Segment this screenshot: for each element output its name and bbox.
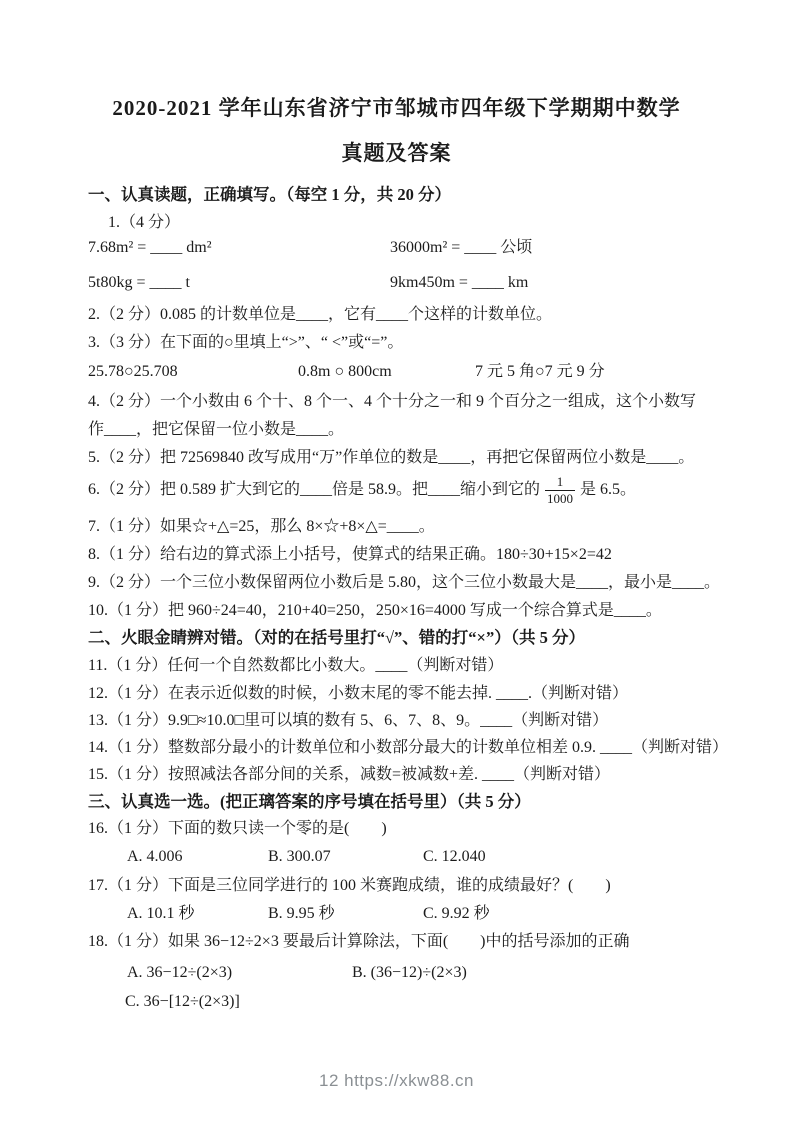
q3-compare-1: 25.78○25.708: [88, 361, 178, 383]
question-4-line1: 4.（2 分）一个小数由 6 个十、8 个一、4 个十分之一和 9 个百分之一组…: [88, 391, 728, 413]
question-13: 13.（1 分）9.9□≈10.0□里可以填的数有 5、6、7、8、9。____…: [88, 710, 728, 732]
question-6: 6.（2 分）把 0.589 扩大到它的____倍是 58.9。把____缩小到…: [88, 468, 728, 512]
question-7: 7.（1 分）如果☆+△=25，那么 8×☆+8×△=____。: [88, 516, 728, 538]
q1-conversion-m2-dm2: 7.68m² = ____ dm²: [88, 237, 212, 259]
q6-fraction-numerator: 1: [557, 474, 564, 490]
q16-option-c: C. 12.040: [423, 846, 486, 868]
q18-option-c: C. 36−[12÷(2×3)]: [125, 991, 240, 1013]
question-10: 10.（1 分）把 960÷24=40，210+40=250，250×16=40…: [88, 600, 728, 622]
q1-conversion-t-kg: 5t80kg = ____ t: [88, 272, 190, 294]
question-16-stem: 16.（1 分）下面的数只读一个零的是( ): [88, 818, 728, 840]
question-14: 14.（1 分）整数部分最小的计数单位和小数部分最大的计数单位相差 0.9. _…: [88, 737, 728, 759]
question-17-options: A. 10.1 秒 B. 9.95 秒 C. 9.92 秒: [88, 903, 728, 925]
question-1-label: 1.（4 分）: [108, 212, 748, 234]
section-1-heading: 一、认真读题，正确填写。（每空 1 分，共 20 分）: [88, 184, 728, 206]
q6-text-before-fraction: 6.（2 分）把 0.589 扩大到它的____倍是 58.9。把____缩小到…: [88, 479, 540, 501]
exam-title-line2: 真题及答案: [0, 138, 793, 168]
page-number-and-source-url: 12 https://xkw88.cn: [0, 1069, 793, 1093]
question-4-line2: 作____，把它保留一位小数是____。: [88, 419, 728, 441]
question-17-stem: 17.（1 分）下面是三位同学进行的 100 米赛跑成绩，谁的成绩最好？( ): [88, 875, 728, 897]
question-12: 12.（1 分）在表示近似数的时候，小数末尾的零不能去掉. ____.（判断对错…: [88, 683, 728, 705]
question-15: 15.（1 分）按照减法各部分间的关系，减数=被减数+差. ____（判断对错）: [88, 764, 728, 786]
question-8: 8.（1 分）给右边的算式添上小括号，使算式的结果正确。180÷30+15×2=…: [88, 544, 728, 566]
question-5: 5.（2 分）把 72569840 改写成用“万”作单位的数是____，再把它保…: [88, 447, 728, 469]
question-3-stem: 3.（3 分）在下面的○里填上“>”、“ <”或“=”。: [88, 332, 728, 354]
question-2: 2.（2 分）0.085 的计数单位是____，它有____个这样的计数单位。: [88, 304, 728, 326]
question-11: 11.（1 分）任何一个自然数都比小数大。____（判断对错）: [88, 655, 728, 677]
q1-conversion-m2-gq: 36000m² = ____ 公顷: [390, 237, 532, 259]
question-1-row1: 7.68m² = ____ dm² 36000m² = ____ 公顷: [88, 237, 728, 259]
section-2-heading: 二、火眼金睛辨对错。（对的在括号里打“√”、错的打“×”）（共 5 分）: [88, 627, 728, 649]
q16-option-a: A. 4.006: [127, 846, 183, 868]
question-3-items: 25.78○25.708 0.8m ○ 800cm 7 元 5 角○7 元 9 …: [88, 361, 728, 383]
q3-compare-2: 0.8m ○ 800cm: [298, 361, 392, 383]
question-16-options: A. 4.006 B. 300.07 C. 12.040: [88, 846, 728, 868]
q18-option-b: B. (36−12)÷(2×3): [352, 962, 467, 984]
q1-conversion-km-m: 9km450m = ____ km: [390, 272, 528, 294]
q3-compare-3: 7 元 5 角○7 元 9 分: [475, 361, 605, 383]
q17-option-a: A. 10.1 秒: [127, 903, 195, 925]
q17-option-b: B. 9.95 秒: [268, 903, 335, 925]
question-1-row2: 5t80kg = ____ t 9km450m = ____ km: [88, 272, 728, 294]
exam-title-line1: 2020-2021 学年山东省济宁市邹城市四年级下学期期中数学: [0, 93, 793, 123]
question-18-options-row2: C. 36−[12÷(2×3)]: [88, 991, 728, 1013]
question-18-options-row1: A. 36−12÷(2×3) B. (36−12)÷(2×3): [88, 962, 728, 984]
question-18-stem: 18.（1 分）如果 36−12÷2×3 要最后计算除法，下面( )中的括号添加…: [88, 931, 728, 953]
q6-fraction-1-1000: 1 1000: [545, 474, 575, 507]
q6-fraction-denominator: 1000: [545, 490, 575, 507]
exam-document-page: 2020-2021 学年山东省济宁市邹城市四年级下学期期中数学 真题及答案 一、…: [0, 0, 793, 1122]
q17-option-c: C. 9.92 秒: [423, 903, 490, 925]
q18-option-a: A. 36−12÷(2×3): [127, 962, 232, 984]
question-9: 9.（2 分）一个三位小数保留两位小数后是 5.80，这个三位小数最大是____…: [88, 572, 728, 594]
q6-text-after-fraction: 是 6.5。: [580, 479, 636, 501]
section-3-heading: 三、认真选一选。(把正璃答案的序号填在括号里）（共 5 分）: [88, 791, 728, 813]
q16-option-b: B. 300.07: [268, 846, 331, 868]
